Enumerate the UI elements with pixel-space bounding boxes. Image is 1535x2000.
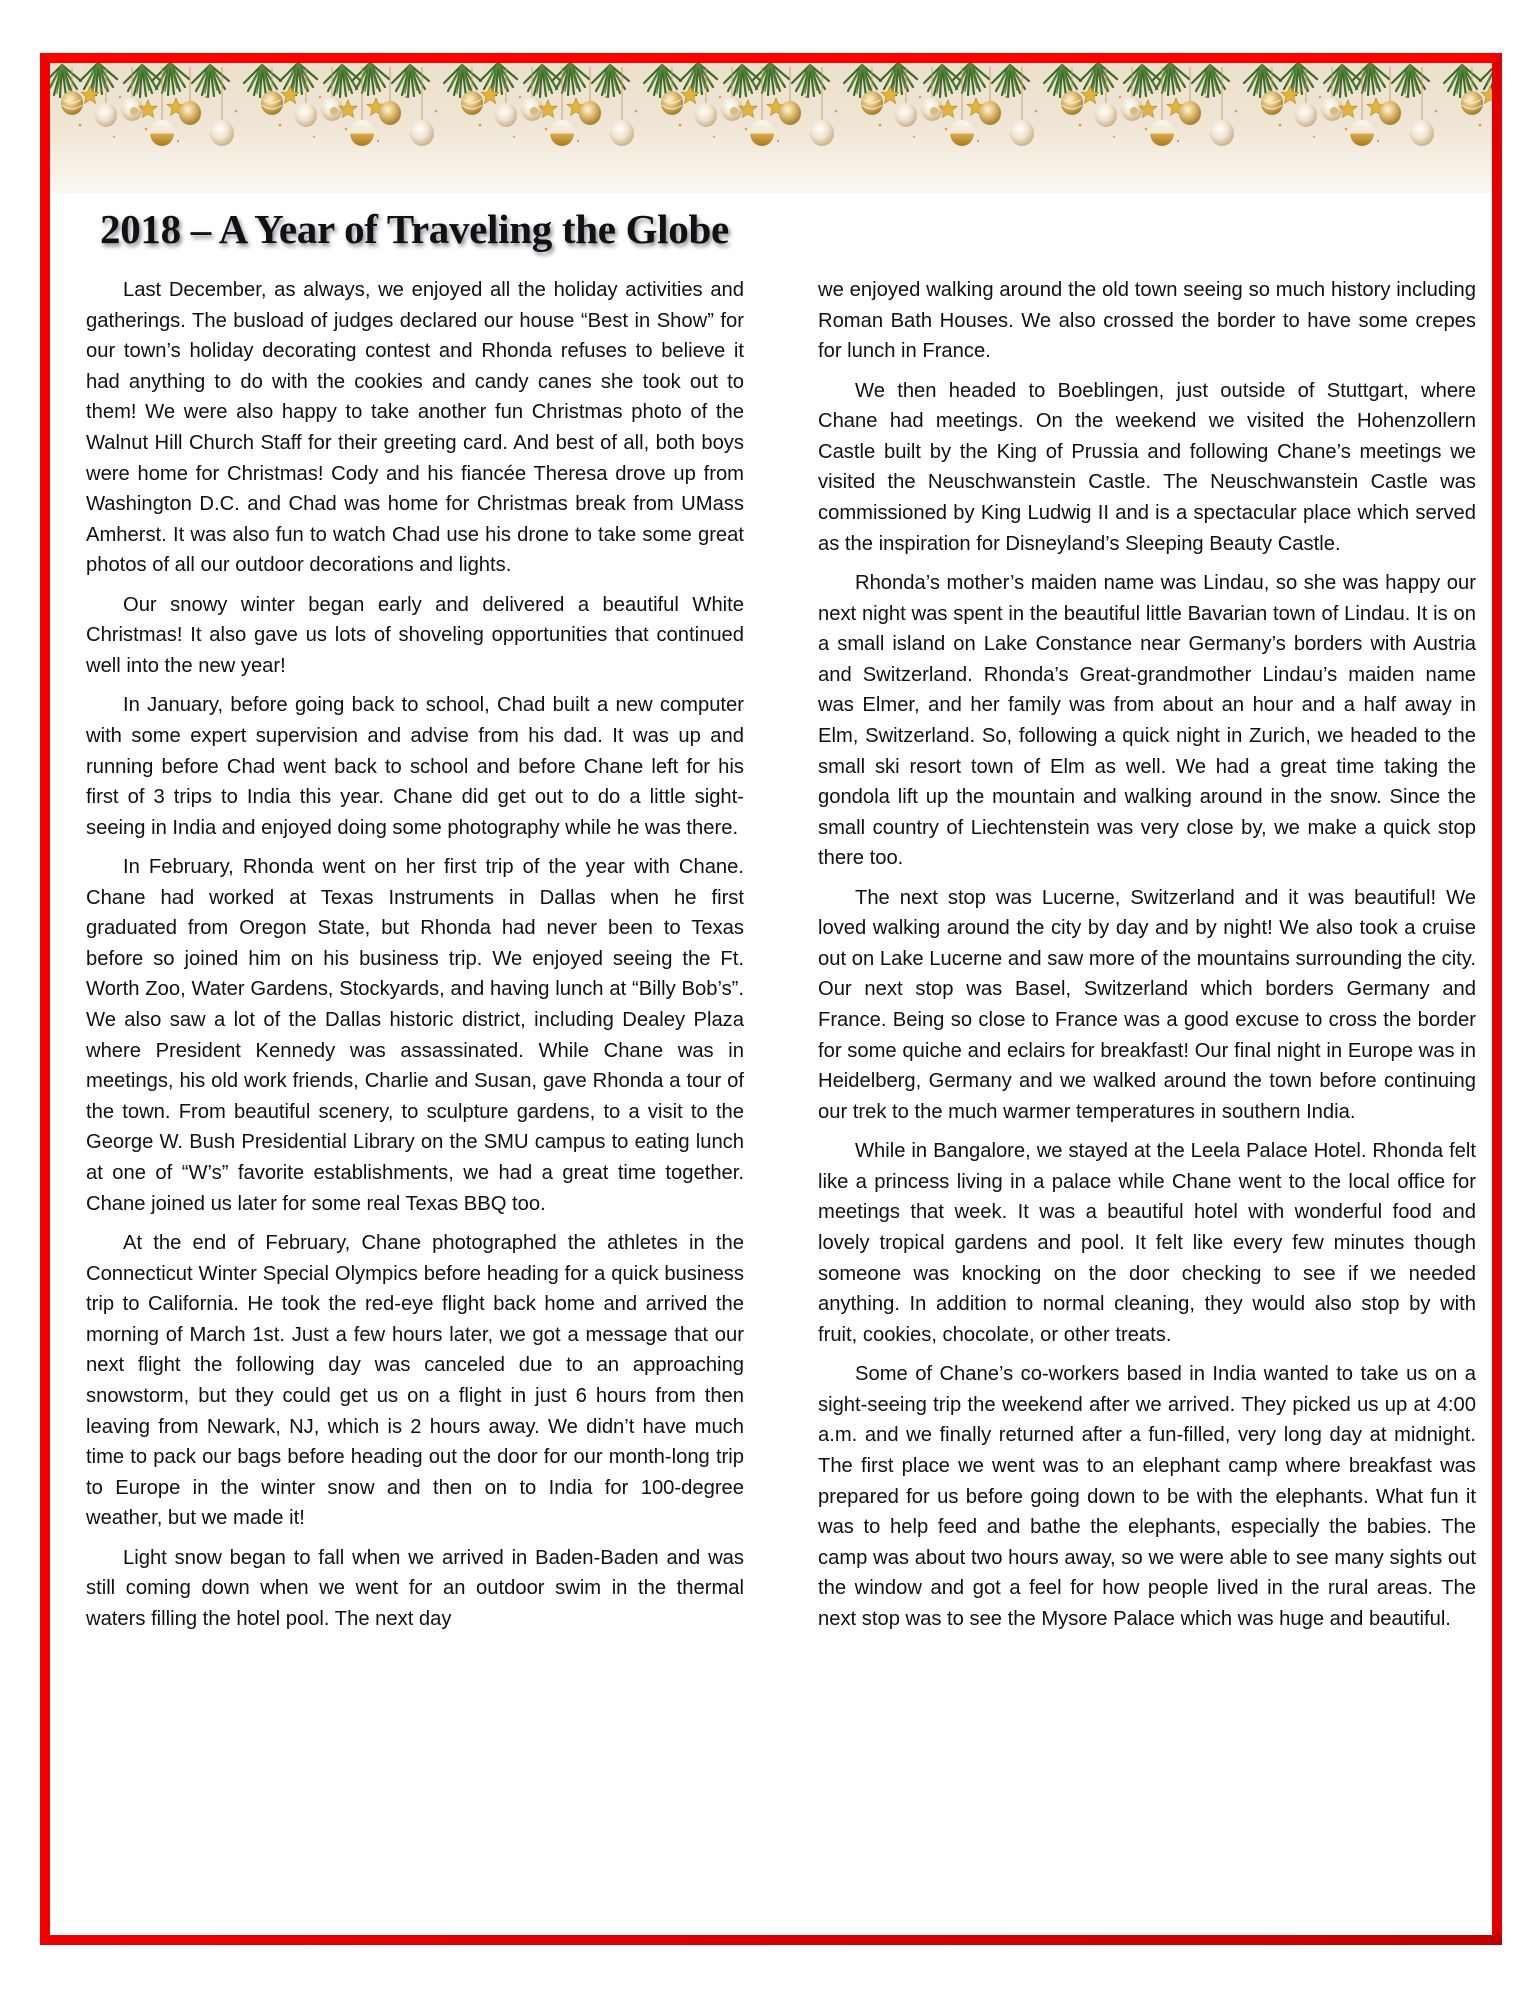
- paragraph-baden-baden-continued: we enjoyed walking around the old town s…: [818, 275, 1476, 367]
- left-column: Last December, as always, we enjoyed all…: [86, 275, 744, 1643]
- paragraph-lucerne-basel: The next stop was Lucerne, Switzerland a…: [818, 883, 1476, 1128]
- right-column: we enjoyed walking around the old town s…: [818, 275, 1476, 1643]
- paragraph-holiday: Last December, as always, we enjoyed all…: [86, 275, 744, 581]
- paragraph-bangalore: While in Bangalore, we stayed at the Lee…: [818, 1136, 1476, 1350]
- paragraph-lindau-elm: Rhonda’s mother’s maiden name was Lindau…: [818, 568, 1476, 874]
- paragraph-january: In January, before going back to school,…: [86, 690, 744, 843]
- christmas-ornament-banner: [50, 63, 1492, 193]
- paragraph-february-texas: In February, Rhonda went on her first tr…: [86, 852, 744, 1219]
- paragraph-baden-baden: Light snow began to fall when we arrived…: [86, 1543, 744, 1635]
- paragraph-end-of-february: At the end of February, Chane photograph…: [86, 1228, 744, 1534]
- paragraph-boeblingen: We then headed to Boeblingen, just outsi…: [818, 376, 1476, 560]
- article-body: Last December, as always, we enjoyed all…: [86, 275, 1476, 1643]
- ornament-garland-icon: [50, 63, 1492, 193]
- page-title: 2018 – A Year of Traveling the Globe: [100, 205, 729, 253]
- page-border-frame: 2018 – A Year of Traveling the Globe Las…: [40, 53, 1502, 1945]
- paragraph-snowy-winter: Our snowy winter began early and deliver…: [86, 590, 744, 682]
- paragraph-elephant-camp: Some of Chane’s co-workers based in Indi…: [818, 1359, 1476, 1634]
